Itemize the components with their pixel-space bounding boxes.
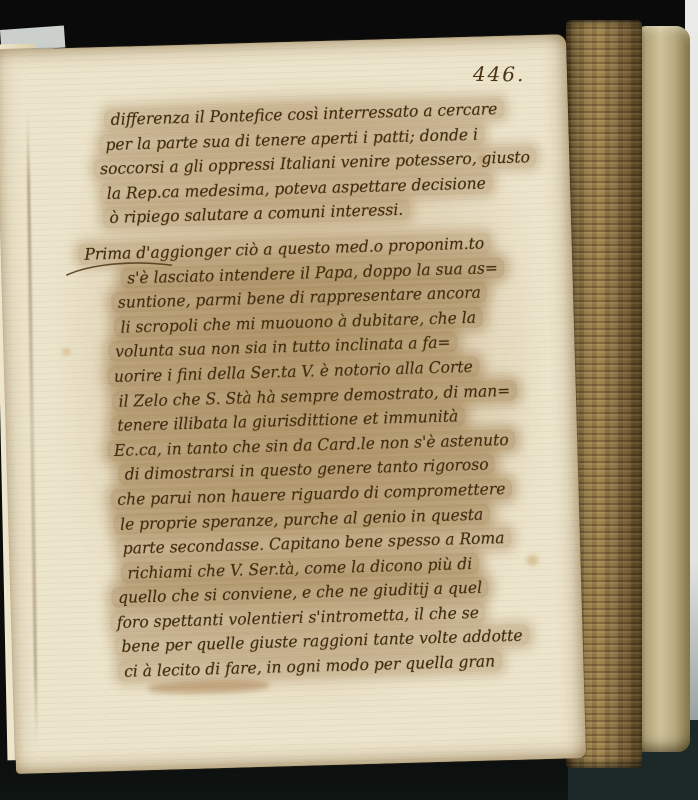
folio-number: 446. [473,62,526,86]
manuscript-photograph: 446. differenza il Pontefice così interr… [0,0,698,800]
gutter-crease [26,107,38,749]
manuscript-page: 446. differenza il Pontefice così interr… [0,34,586,774]
flourish-underline [64,257,176,278]
vellum-cover-edge [636,26,690,752]
handwritten-text-block: differenza il Pontefice così interressat… [90,96,576,686]
